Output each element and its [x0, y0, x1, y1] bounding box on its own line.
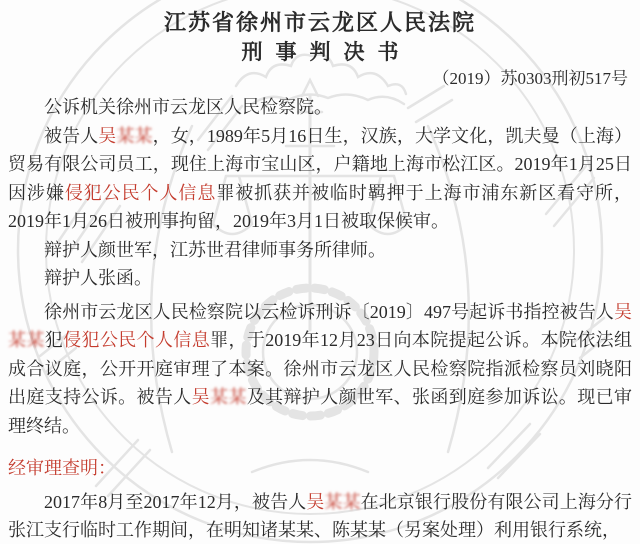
paragraph: 公诉机关徐州市云龙区人民检察院。 [8, 93, 632, 122]
paragraph: 辩护人张函。 [8, 264, 632, 293]
paragraph: 徐州市云龙区人民检察院以云检诉刑诉〔2019〕497号起诉书指控被告人吴某某犯侵… [8, 298, 632, 441]
highlighted-text: 吴 [614, 302, 632, 322]
highlighted-text: 吴 [192, 387, 210, 407]
highlighted-text: 某某 [324, 492, 360, 512]
highlighted-text: 吴 [98, 126, 116, 146]
paragraph: 辩护人颜世军，江苏世君律师事务所律师。 [8, 236, 632, 265]
paragraph: 经审理查明： [8, 454, 632, 483]
highlighted-text: 某某 [8, 330, 45, 350]
body-text-run: 被告人 [44, 126, 98, 146]
court-name: 江苏省徐州市云龙区人民法院 [0, 6, 640, 37]
judgment-document: 江苏省徐州市云龙区人民法院 刑事判决书 （2019）苏0303刑初517号 公诉… [0, 0, 640, 544]
highlighted-text: 侵犯公民个人信息 [63, 330, 210, 350]
body-text-run: 辩护人颜世军，江苏世君律师事务所律师。 [44, 240, 386, 260]
body-text-run: 2017年8月至2017年12月，被告人 [44, 492, 306, 512]
highlighted-text: 某某 [210, 387, 247, 407]
body-text-run: 徐州市云龙区人民检察院以云检诉刑诉〔2019〕497号起诉书指控被告人 [44, 302, 614, 322]
highlighted-text: 经审理查明： [8, 458, 116, 478]
body-text-run: 公诉机关徐州市云龙区人民检察院。 [44, 97, 332, 117]
highlighted-text: 侵犯公民个人信息 [65, 183, 217, 203]
body-text-run: 辩护人张函。 [44, 268, 152, 288]
highlighted-text: 吴 [306, 492, 324, 512]
highlighted-text: 某某 [116, 126, 152, 146]
document-type-title: 刑事判决书 [0, 36, 640, 66]
paragraph: 被告人吴某某，女，1989年5月16日生，汉族，大学文化，凯夫曼（上海）贸易有限… [8, 122, 632, 236]
case-number: （2019）苏0303刑初517号 [0, 64, 628, 89]
paragraph: 2017年8月至2017年12月，被告人吴某某在北京银行股份有限公司上海分行张江… [8, 488, 632, 544]
body-text-run: 犯 [45, 330, 63, 350]
judgment-body: 公诉机关徐州市云龙区人民检察院。被告人吴某某，女，1989年5月16日生，汉族，… [8, 93, 632, 544]
